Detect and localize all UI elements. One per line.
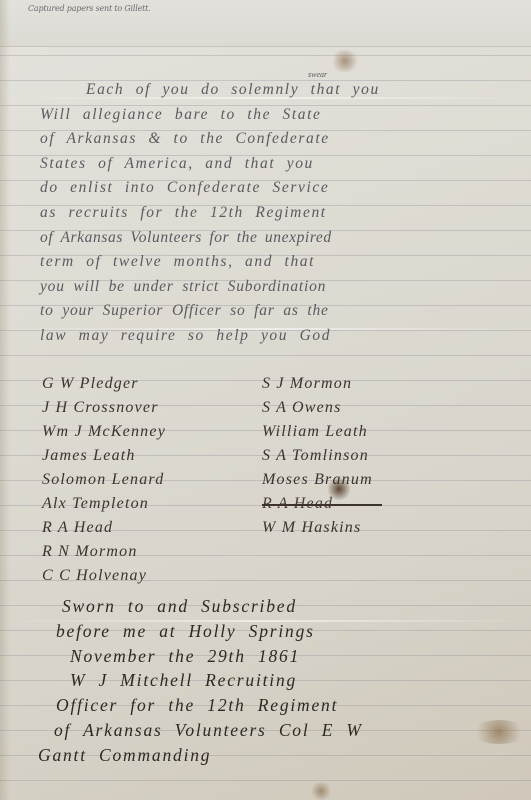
- jurat-text: Sworn to and Subscribed before me at Hol…: [38, 594, 528, 768]
- archive-note: Captured papers sent to Gillett.: [28, 4, 151, 13]
- jurat-line: W J Mitchell Recruiting: [38, 668, 528, 693]
- oath-line: Will allegiance bare to the State: [40, 103, 520, 128]
- signature: Moses Branum: [262, 468, 373, 492]
- jurat-line: before me at Holly Springs: [38, 619, 528, 644]
- signature: William Leath: [262, 420, 373, 444]
- jurat-line: Gantt Commanding: [38, 743, 528, 768]
- oath-text: Each of you do solemnly that you Will al…: [40, 78, 520, 349]
- oath-line: law may require so help you God: [40, 324, 520, 349]
- signature: James Leath: [42, 444, 166, 468]
- signature: Wm J McKenney: [42, 420, 166, 444]
- signature: Solomon Lenard: [42, 468, 166, 492]
- signatures-left-column: G W Pledger J H Crossnover Wm J McKenney…: [42, 372, 166, 588]
- oath-line: do enlist into Confederate Service: [40, 176, 520, 201]
- paper-edge: [0, 0, 10, 800]
- jurat-line: of Arkansas Volunteers Col E W: [38, 718, 528, 743]
- signature: R N Mormon: [42, 540, 166, 564]
- signature: W M Haskins: [262, 516, 373, 540]
- jurat-line: Sworn to and Subscribed: [38, 594, 528, 619]
- signatures-right-column: S J Mormon S A Owens William Leath S A T…: [262, 372, 373, 540]
- signature: S A Owens: [262, 396, 373, 420]
- signature: J H Crossnover: [42, 396, 166, 420]
- struck-out-signature: R A Head: [262, 492, 373, 516]
- signature: R A Head: [42, 516, 166, 540]
- oath-line: as recruits for the 12th Regiment: [40, 201, 520, 226]
- oath-line: of Arkansas Volunteers for the unexpired: [40, 226, 520, 251]
- signature: S A Tomlinson: [262, 444, 373, 468]
- stain: [310, 782, 332, 800]
- signature: G W Pledger: [42, 372, 166, 396]
- signature: S J Mormon: [262, 372, 373, 396]
- jurat-line: November the 29th 1861: [38, 644, 528, 669]
- signature: C C Holvenay: [42, 564, 166, 588]
- oath-line: States of America, and that you: [40, 152, 520, 177]
- oath-line: to your Superior Officer so far as the: [40, 299, 520, 324]
- signature: Alx Templeton: [42, 492, 166, 516]
- document-page: Captured papers sent to Gillett. swear E…: [0, 0, 531, 800]
- oath-line: of Arkansas & to the Confederate: [40, 127, 520, 152]
- oath-line: term of twelve months, and that: [40, 250, 520, 275]
- stain: [330, 50, 360, 72]
- oath-line: Each of you do solemnly that you: [40, 78, 520, 103]
- oath-line: you will be under strict Subordination: [40, 275, 520, 300]
- ink-blot: [326, 478, 352, 500]
- jurat-line: Officer for the 12th Regiment: [38, 693, 528, 718]
